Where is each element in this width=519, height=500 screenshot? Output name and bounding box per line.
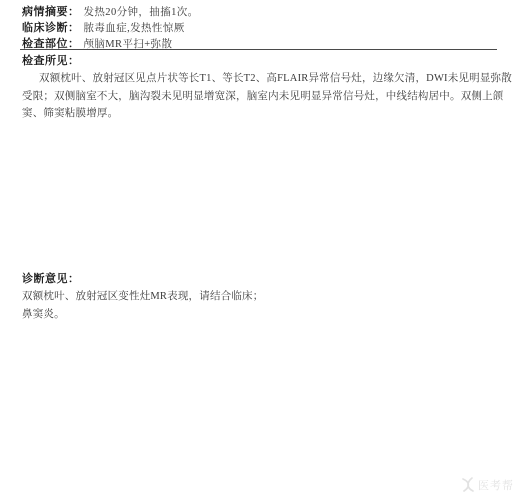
medical-report-page: 病情摘要： 发热20分钟，抽搐1次。 临床诊断： 脓毒血症,发热性惊厥 检查部位… (0, 0, 519, 500)
summary-row: 病情摘要： 发热20分钟，抽搐1次。 (22, 5, 199, 20)
watermark-text: 医考帮 (478, 477, 514, 493)
clinical-diagnosis-row: 临床诊断： 脓毒血症,发热性惊厥 (22, 21, 185, 36)
impression-line: 双额枕叶、放射冠区变性灶MR表现，请结合临床； (22, 288, 500, 306)
impression-line: 鼻窦炎。 (22, 306, 500, 324)
findings-paragraph: 双额枕叶、放射冠区见点片状等长T1、等长T2、高FLAIR异常信号灶，边缘欠清，… (22, 70, 500, 123)
impression-heading: 诊断意见： (22, 272, 80, 286)
section-divider (20, 49, 497, 50)
watermark-ribbon-logo-icon (459, 476, 477, 494)
summary-label: 病情摘要： (22, 5, 80, 19)
findings-line: 窦、筛窦粘膜增厚。 (22, 105, 500, 123)
summary-value: 发热20分钟，抽搐1次。 (84, 6, 199, 20)
clinical-diagnosis-value: 脓毒血症,发热性惊厥 (84, 22, 185, 36)
findings-heading: 检查所见： (22, 54, 80, 68)
watermark: 医考帮 (459, 476, 514, 494)
impression-paragraph: 双额枕叶、放射冠区变性灶MR表现，请结合临床； 鼻窦炎。 (22, 288, 500, 323)
clinical-diagnosis-label: 临床诊断： (22, 21, 80, 35)
findings-line: 受限；双侧脑室不大，脑沟裂未见明显增宽深，脑室内未见明显异常信号灶，中线结构居中… (22, 88, 500, 106)
findings-line: 双额枕叶、放射冠区见点片状等长T1、等长T2、高FLAIR异常信号灶，边缘欠清，… (22, 70, 500, 88)
